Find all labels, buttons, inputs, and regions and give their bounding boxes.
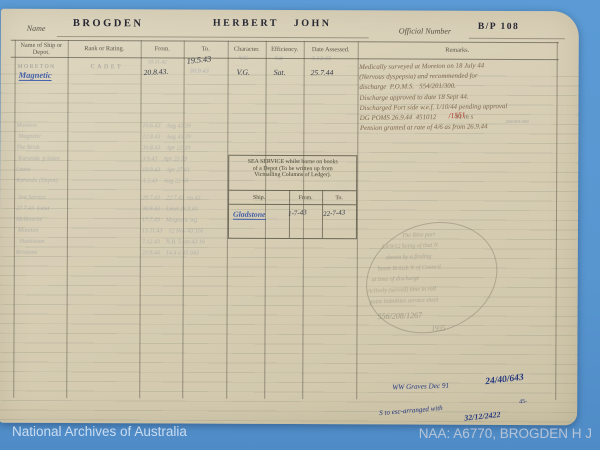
faint-row: 27.7.43 Lieut30.9.43 Lieut 23.8.60 xyxy=(1,9,579,12)
watermark-naa-left: National Archives of Australia xyxy=(12,424,187,439)
faint-dates: 17.7.43 Magnetic wg xyxy=(142,217,197,223)
to-pencil-entry: 30.9.43 xyxy=(190,68,209,75)
faint-dates: 12.8.43 Aug 43 39 xyxy=(142,134,191,140)
col-header-from: From. xyxy=(141,42,184,57)
name-underline xyxy=(57,36,369,38)
sea-service-from-value: 1-7-43 xyxy=(288,208,307,218)
from-ink-entry: 20.8.43. xyxy=(143,67,168,77)
col-header-rank: Rank or Rating. xyxy=(68,42,141,57)
ship-stamp-magnetic: Magnetic xyxy=(19,70,52,81)
faint-row: Moreton10.6.43 Aug 43 39 xyxy=(1,9,579,12)
faint-ship: Leave xyxy=(16,167,30,173)
faint-ship: Melbourne xyxy=(16,217,42,223)
col-header-remarks: Remarks. xyxy=(358,43,557,59)
character-pencil-entry: V.G xyxy=(239,55,248,62)
sea-service-col-to: To. xyxy=(322,191,356,204)
remarks-super-note: 326/201/300 xyxy=(505,119,528,124)
ballpoint-ref-2: 32/12/2422 xyxy=(464,410,501,423)
to-ink-entry: 19.5.43 xyxy=(186,54,211,65)
faint-row: Brisbane23.9.44 14.4 a 45 043 xyxy=(1,9,579,12)
sea-service-col-ship: Ship. xyxy=(229,191,289,204)
ballpoint-ref-1: 24/40/643 xyxy=(485,373,524,387)
sea-service-box: SEA SERVICE whilst borne on books of a D… xyxy=(228,155,357,240)
faint-dates: A 2.43 Aug 22 60 xyxy=(142,178,188,184)
ballpoint-note-1: WW Graves Dec 91 xyxy=(392,382,449,392)
name-label: Name xyxy=(27,24,46,33)
pencil-note-reference: 556/208/1267 xyxy=(377,311,422,321)
watermark-naa-right: NAA: A6770, BROGDEN H J xyxy=(419,426,592,441)
faint-dates: 13.11.43 12 Nov 43 116 xyxy=(142,228,203,234)
faint-dates: 30.9.43 Lieut 23.8.60 xyxy=(142,206,198,212)
col-header-efficiency: Efficiency. xyxy=(266,43,304,58)
sea-service-ship-stamp: Gladstone xyxy=(233,210,266,220)
faint-row: Kuranda (Depot)A 2.43 Aug 22 60 xyxy=(1,9,579,12)
official-number-label: Official Number xyxy=(399,26,451,35)
efficiency-pencil-entry: Sat xyxy=(275,55,283,62)
faint-dates: 7.12.43 N.B. 5 am 43 16 xyxy=(142,239,205,245)
faint-ship: Kuranda (Depot) xyxy=(16,178,58,184)
rank-entry: CADET xyxy=(91,64,124,70)
ballpoint-small-note: 45- xyxy=(519,399,528,406)
faint-row: Magnetic12.8.43 Aug 43 39 xyxy=(1,9,579,12)
faint-row: Sea Service29.7.43 22.7.43 no 43 xyxy=(1,9,579,12)
remarks-red-annotation: /1551 xyxy=(448,110,466,120)
faint-dates: 10.9.43 Apr 27 61 xyxy=(142,167,190,173)
official-number-underline xyxy=(469,38,565,39)
efficiency-ink-entry: Sat. xyxy=(274,68,286,77)
faint-row: Kuranda p leave3.9.43 Apr 23 59 xyxy=(1,9,579,12)
faint-ship: Moreton xyxy=(16,123,36,129)
faint-dates: 23.9.44 14.4 a 45 043 xyxy=(142,250,199,256)
faint-dates: 3.9.43 Apr 23 59 xyxy=(142,156,187,162)
faint-dates: 10.6.43 Aug 43 39 xyxy=(142,123,191,129)
faint-dates: 29.7.43 22.7.43 no 43 xyxy=(142,195,201,201)
service-record-card: Name BROGDEN HERBERT JOHN Official Numbe… xyxy=(0,9,579,426)
faint-ship: The Brisk xyxy=(16,145,39,151)
faint-ship: Huskisson xyxy=(20,239,45,245)
sea-service-col-from: From. xyxy=(289,191,322,204)
official-number-value: B/P 108 xyxy=(478,22,519,32)
faint-row: The Brisk30.8.43 Apr 22 39 xyxy=(1,9,579,12)
faint-dates: 30.8.43 Apr 22 39 xyxy=(142,145,190,151)
col-header-ship: Name of Ship or Depot. xyxy=(15,42,68,57)
sea-service-title-line: SEA SERVICE whilst borne on books xyxy=(229,156,356,166)
faint-row: Leave10.9.43 Apr 27 61 xyxy=(1,9,579,12)
faint-row: Melbourne17.7.43 Magnetic wg xyxy=(1,9,579,12)
pencil-note-year: 1935 xyxy=(431,324,445,332)
faint-row: Huskisson7.12.43 N.B. 5 am 43 16 xyxy=(1,9,579,12)
pencil-note-line: The Rble part xyxy=(402,232,435,239)
given-names-value: HERBERT JOHN xyxy=(213,18,332,30)
faint-ship: 27.7.43 Lieut xyxy=(16,206,49,212)
column-line xyxy=(66,40,69,398)
sea-service-header-row: Ship. From. To. xyxy=(229,190,356,206)
faint-ship: Magnetic xyxy=(18,134,41,140)
surname-value: BROGDEN xyxy=(73,18,144,29)
date-assessed-ink-entry: 25.7.44 xyxy=(311,68,334,77)
from-pencil-entry: 10.11.42 xyxy=(148,59,167,65)
faint-ship: Sea Service xyxy=(18,195,46,201)
date-assessed-pencil-entry: 3.12.43 xyxy=(312,55,331,62)
faint-row: Moreton13.11.43 12 Nov 43 116 xyxy=(1,9,579,12)
faint-ship: Moreton xyxy=(18,228,38,234)
ballpoint-note-2: S to esc-arranged with xyxy=(379,404,443,417)
sea-service-to-value: 22-7-43 xyxy=(323,208,346,218)
character-ink-entry: V.G. xyxy=(237,68,250,77)
faint-ship: Kuranda p leave xyxy=(18,156,60,162)
faint-ship: Brisbane xyxy=(16,250,38,256)
sea-service-title-line: Victualling Columns of Ledger). xyxy=(229,172,356,179)
